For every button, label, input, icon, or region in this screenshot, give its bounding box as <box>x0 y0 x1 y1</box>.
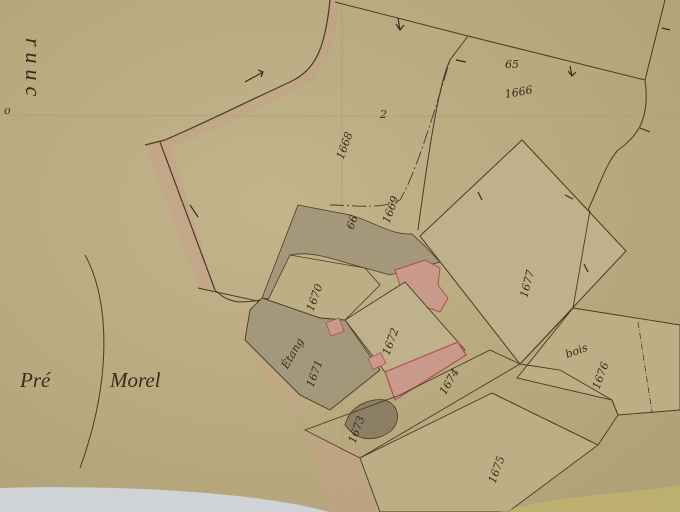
boundary-curve-west <box>80 255 104 468</box>
zero-mark: o <box>4 104 11 117</box>
place-name-pre: Pré <box>20 368 50 393</box>
stream-line <box>145 0 330 145</box>
cadastral-map: ruuc Pré Morel o 1668 2 65 1666 66 1669 … <box>0 0 680 512</box>
place-name-morel: Morel <box>110 368 161 393</box>
stream-line-south <box>160 142 215 290</box>
parcel-note-65: 65 <box>505 58 519 71</box>
fold-line-horizontal <box>0 115 680 117</box>
scan-edge <box>0 487 330 512</box>
parcel-lines <box>0 0 680 512</box>
vertical-place-name: ruuc <box>20 38 46 102</box>
small-mark: 2 <box>380 108 387 121</box>
